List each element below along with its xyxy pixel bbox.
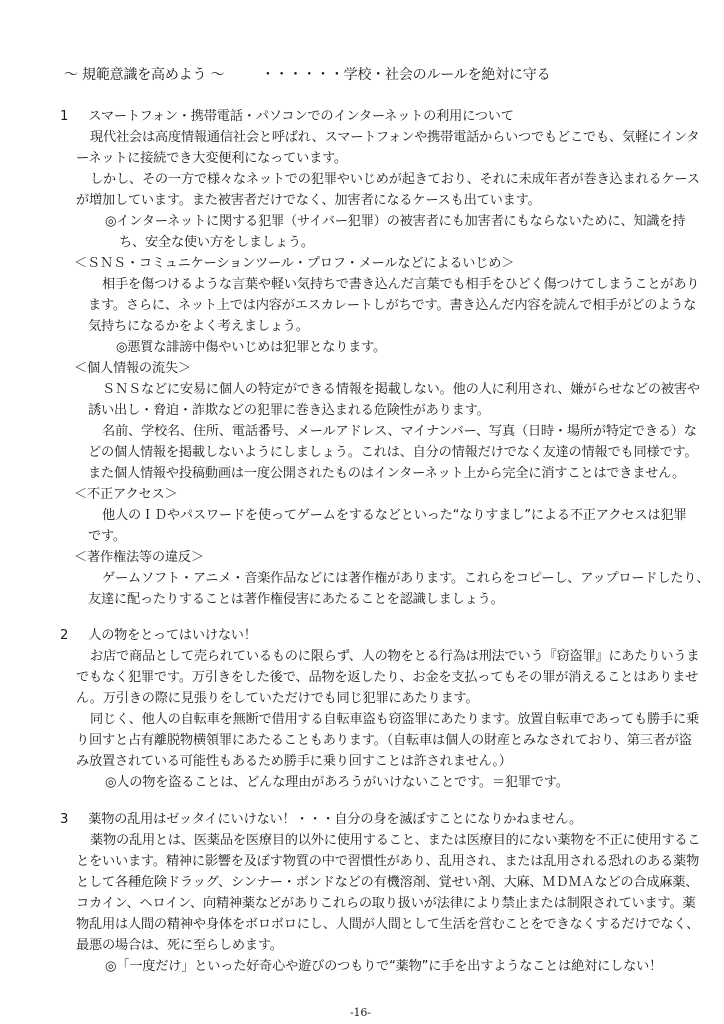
note-line: ◎「一度だけ」といった好奇心や遊びのつもりで“薬物”に手を出すようなことは絶対に… — [105, 958, 662, 976]
paragraph-line: 気持ちになるかをよく考えましょう。 — [88, 318, 309, 336]
paragraph-line: ＳＮＳなどに安易に個人の特定ができる情報を掲載しない。他の人に利用され、嫌がらせ… — [102, 381, 700, 399]
section-title: 人の物をとってはいけない！ — [88, 628, 257, 643]
title-right: ・・・・・・学校・社会のルールを絶対に守る — [261, 67, 551, 83]
paragraph-line: 相手を傷つけるような言葉や軽い気持ちで書き込んだ言葉でも相手をひどく傷つけてしま… — [102, 276, 699, 294]
section-number: 3 — [60, 812, 68, 827]
paragraph-line: み放置されている可能性もあるため勝手に乗り回すことは許されません。） — [76, 753, 512, 771]
note-line: ◎人の物を盗ることは、どんな理由があろうがいけないことです。＝犯罪です。 — [105, 774, 569, 792]
subheading-unauthorized-access: ＜不正アクセス＞ — [74, 486, 178, 504]
paragraph-line: しかし、その一方で様々なネットでの犯罪やいじめが起きており、それに未成年者が巻き… — [90, 171, 700, 189]
paragraph-line: ます。さらに、ネット上では内容がエスカレートしがちです。書き込んだ内容を読んで相… — [88, 297, 696, 315]
paragraph-line: り回すと占有離脱物横領罪にあたることもあります。（自転車は個人の財産とみなされて… — [76, 732, 692, 750]
paragraph-line: 同じく、他人の自転車を無断で借用する自転車盗も窃盗罪にあたります。放置自転車であ… — [90, 711, 699, 729]
paragraph-line: 現代社会は高度情報通信社会と呼ばれ、スマートフォンや携帯電話からいつでもどこでも… — [90, 129, 699, 147]
subheading-personal-info: ＜個人情報の流失＞ — [74, 360, 191, 378]
page-number: -16- — [350, 1004, 371, 1022]
paragraph-line: ーネットに接続でき大変便利になっています。 — [76, 150, 347, 168]
paragraph-line: お店で商品として売られているものに限らず、人の物をとる行為は刑法でいう『窃盗罪』… — [90, 648, 699, 666]
section-title: 薬物の乱用はゼッタイにいけない！・・・自分の身を滅ぼすことになりかねません。 — [88, 812, 582, 827]
section-number: 1 — [60, 109, 68, 124]
paragraph-line: ん。万引きの際に見張りをしていただけでも同じ犯罪にあたります。 — [76, 690, 478, 708]
paragraph-line: 他人のＩＤやパスワードを使ってゲームをするなどといった“なりすまし”による不正ア… — [102, 507, 686, 525]
paragraph-line: また個人情報や投稿動画は一度公開されたものはインターネット上から完全に消すことは… — [88, 465, 685, 483]
document-page: ～ 規範意識を高めよう ～ ・・・・・・学校・社会のルールを絶対に守る 1 スマ… — [0, 0, 724, 1024]
paragraph-line: 誘い出し・脅迫・詐欺などの犯罪に巻き込まれる危険性があります。 — [88, 402, 490, 420]
paragraph-line: コカイン、ヘロイン、向精神薬などがありこれらの取り扱いが法律により禁止または制限… — [76, 895, 695, 913]
note-line: ◎インターネットに関する犯罪（サイバー犯罪）の被害者にも加害者にもならないために… — [105, 213, 685, 231]
paragraph-line: どの個人情報を掲載しないようにしましょう。これは、自分の情報だけでなく友達の情報… — [88, 444, 697, 462]
paragraph-line: ゲームソフト・アニメ・音楽作品などには著作権があります。これらをコピーし、アップ… — [102, 570, 709, 588]
subheading-copyright: ＜著作権法等の違反＞ — [74, 549, 204, 567]
page-title: ～ 規範意識を高めよう ～ ・・・・・・学校・社会のルールを絶対に守る — [64, 66, 550, 84]
paragraph-line: でもなく犯罪です。万引きをした後で、品物を返したり、お金を支払ってもその罪が消え… — [76, 669, 698, 687]
paragraph-line: 友達に配ったりすることは著作権侵害にあたることを認識しましょう。 — [88, 591, 504, 609]
paragraph-line: 薬物の乱用とは、医薬品を医療目的以外に使用すること、または医療目的にない薬物を不… — [90, 832, 700, 850]
note-line: ち、安全な使い方をしましょう。 — [119, 234, 314, 252]
section-title: スマートフォン・携帯電話・パソコンでのインターネットの利用について — [88, 109, 514, 124]
title-left: ～ 規範意識を高めよう ～ — [64, 67, 224, 83]
paragraph-line: が増加しています。また被害者だけでなく、加害者になるケースも出ています。 — [76, 192, 541, 210]
section-1-heading: 1 スマートフォン・携帯電話・パソコンでのインターネットの利用について — [60, 108, 514, 126]
paragraph-line: として各種危険ドラッグ、シンナー・ボンドなどの有機溶剤、覚せい剤、大麻、ＭＤＭＡ… — [76, 874, 698, 892]
section-3-heading: 3 薬物の乱用はゼッタイにいけない！・・・自分の身を滅ぼすことになりかねません。 — [60, 811, 582, 829]
paragraph-line: 最悪の場合は、死に至らしめます。 — [76, 937, 283, 955]
paragraph-line: とをいいます。精神に影響を及ぼす物質の中で習慣性があり、乱用され、または乱用され… — [76, 853, 699, 871]
section-2-heading: 2 人の物をとってはいけない！ — [60, 627, 257, 645]
subheading-sns-bullying: ＜ＳＮＳ・コミュニケーションツール・プロフ・メールなどによるいじめ＞ — [74, 255, 514, 273]
note-line: ◎悪質な誹謗中傷やいじめは犯罪となります。 — [116, 339, 386, 357]
paragraph-line: 物乱用は人間の精神や身体をボロボロにし、人間が人間として生活を営むことをできなく… — [76, 916, 699, 934]
paragraph-line: 名前、学校名、住所、電話番号、メールアドレス、マイナンバー、写真（日時・場所が特… — [102, 423, 697, 441]
section-number: 2 — [60, 628, 68, 643]
paragraph-line: です。 — [88, 528, 126, 546]
